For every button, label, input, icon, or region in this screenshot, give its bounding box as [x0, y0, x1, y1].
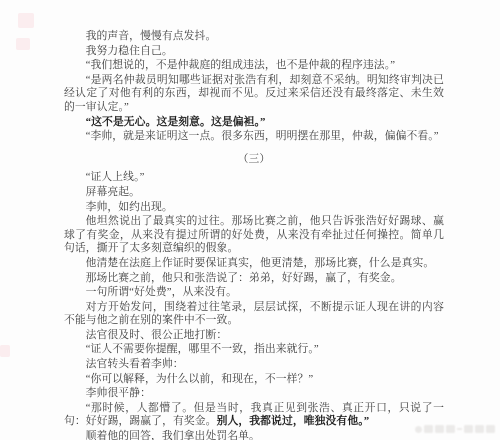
scan-artifact [16, 38, 30, 50]
paragraph: “我们想说的，不是仲裁庭的组成违法，也不是仲裁的程序违法。” [64, 59, 444, 73]
watermark-glyph [486, 425, 495, 433]
watermark-glyph [446, 425, 455, 433]
paragraph: “你可以解释，为什么以前，和现在，不一样？” [64, 373, 444, 387]
paragraph: 我努力稳住自己。 [64, 45, 444, 59]
scan-artifact [18, 13, 34, 28]
watermark-glyph [475, 425, 484, 433]
novel-text-block: 我的声音，慢慢有点发抖。 我努力稳住自己。 “我们想说的，不是仲裁庭的组成违法，… [64, 30, 444, 440]
scan-artifact [0, 345, 10, 357]
paragraph: 一句所谓“好处费”，从来没有。 [64, 286, 444, 300]
paragraph-bold-tail: 别人，我都说过，唯独没有他。” [217, 415, 370, 427]
watermark-glyph [435, 425, 444, 433]
paragraph: 他清楚在法庭上作证时要保证真实，他更清楚，那场比赛，什么是真实。 [64, 257, 444, 271]
section-heading: （三） [64, 153, 444, 167]
paragraph-emphasized: “这不是无心。这是刻意。这是偏袒。” [64, 116, 444, 130]
paragraph: 对方开始发问，围绕着过往笔录，层层试探，不断提示证人现在讲的内容不能与他之前在别… [64, 301, 444, 328]
paragraph: 我的声音，慢慢有点发抖。 [64, 30, 444, 44]
watermark-glyph [424, 425, 433, 433]
paragraph: 法官很及时、很公正地打断： [64, 329, 444, 343]
paragraph: “是两名仲裁员明知哪些证据对张浩有利，却刻意不采纳。明知终审判决已经认定了对他有… [64, 74, 444, 115]
paragraph: 法官转头看着李帅： [64, 358, 444, 372]
paragraph: 顺着他的回答，我们拿出处罚名单。 [64, 430, 444, 440]
paragraph: 屏幕亮起。 [64, 186, 444, 200]
paragraph: “李帅，就是来证明这一点。很多东西，明明摆在那里，仲裁，偏偏不看。” [64, 130, 444, 144]
paragraph: 他坦然说出了最真实的过往。那场比赛之前，他只告诉张浩好好踢球、赢球了有奖金，从来… [64, 215, 444, 256]
watermark-glyph [457, 428, 462, 430]
watermark-glyph [415, 426, 422, 433]
novel-page: 我的声音，慢慢有点发抖。 我努力稳住自己。 “我们想说的，不是仲裁庭的组成违法，… [0, 0, 500, 440]
watermark-glyph [464, 425, 473, 433]
paragraph: “证人不需要你提醒，哪里不一致，指出来就行。” [64, 343, 444, 357]
paragraph: “证人上线。” [64, 171, 444, 185]
watermark [415, 425, 495, 433]
paragraph: 那场比赛之前，他只和张浩说了：弟弟，好好踢，赢了，有奖金。 [64, 272, 444, 286]
paragraph: 李帅，如约出现。 [64, 201, 444, 215]
paragraph: 李帅很平静： [64, 387, 444, 401]
paragraph-mixed: “那时候，人都懵了。但是当时，我真正见到张浩、真正开口，只说了一句：好好踢，踢赢… [64, 402, 444, 429]
